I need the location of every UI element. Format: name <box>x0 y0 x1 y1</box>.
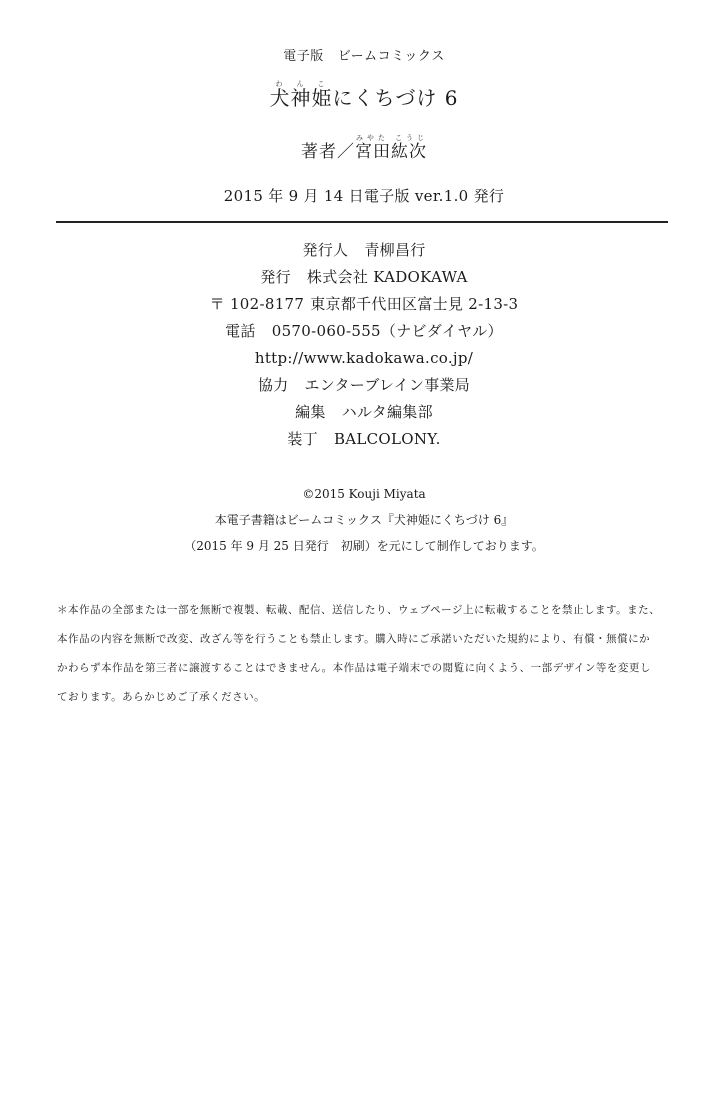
colophon-phone: 電話0570-060-555（ナビダイヤル） <box>0 324 728 339</box>
author-line: 著者／宮田紘次みやた こうじ <box>0 134 728 161</box>
divider-line <box>56 221 668 223</box>
colophon-address: 〒 102-8177東京都千代田区富士見 2-13-3 <box>0 297 728 312</box>
author-name: 宮田紘次みやた こうじ <box>355 142 427 162</box>
title-ruby-2: 姫こ <box>312 86 333 110</box>
source-edition-line-1: 本電子書籍はビームコミックス『犬神姫にくちづけ 6』 <box>0 514 728 526</box>
title-rest: にくちづけ 6 <box>333 86 459 110</box>
notice-line: 本作品の内容を無断で改変、改ざん等を行うことも禁止します。購入時にご承諾いただい… <box>57 625 677 654</box>
title-ruby-1: 神ん <box>291 86 312 110</box>
source-edition-line-2: （2015 年 9 月 25 日発行 初刷）を元にして制作しております。 <box>0 540 728 552</box>
colophon-publisher: 発行株式会社 KADOKAWA <box>0 270 728 285</box>
imprint-name: ビームコミックス <box>338 49 445 64</box>
legal-notice: ＊本作品の全部または一部を無断で複製、転載、配信、送信したり、ウェブページ上に転… <box>57 596 677 712</box>
publication-date: 2015 年 9 月 14 日電子版 ver.1.0 発行 <box>0 189 728 204</box>
notice-line: ております。あらかじめご了承ください。 <box>57 683 677 712</box>
colophon-design: 装丁BALCOLONY. <box>0 432 728 447</box>
colophon-editing: 編集ハルタ編集部 <box>0 405 728 420</box>
book-title: 犬わ神ん姫こにくちづけ 6 <box>0 80 728 108</box>
notice-line: ＊本作品の全部または一部を無断で複製、転載、配信、送信したり、ウェブページ上に転… <box>57 596 677 625</box>
edition-type: 電子版 <box>283 49 324 64</box>
colophon-website: http://www.kadokawa.co.jp/ <box>0 351 728 366</box>
colophon-cooperation: 協力エンターブレイン事業局 <box>0 378 728 393</box>
copyright-notice: ©2015 Kouji Miyata <box>0 488 728 500</box>
colophon-page: 電子版ビームコミックス 犬わ神ん姫こにくちづけ 6 著者／宮田紘次みやた こうじ… <box>0 0 728 1099</box>
colophon-publisher-person: 発行人青柳昌行 <box>0 243 728 258</box>
author-label: 著者／ <box>301 142 355 162</box>
title-ruby-0: 犬わ <box>270 86 291 110</box>
series-line: 電子版ビームコミックス <box>0 50 728 63</box>
notice-line: かわらず本作品を第三者に譲渡することはできません。本作品は電子端末での閲覧に向く… <box>57 654 677 683</box>
